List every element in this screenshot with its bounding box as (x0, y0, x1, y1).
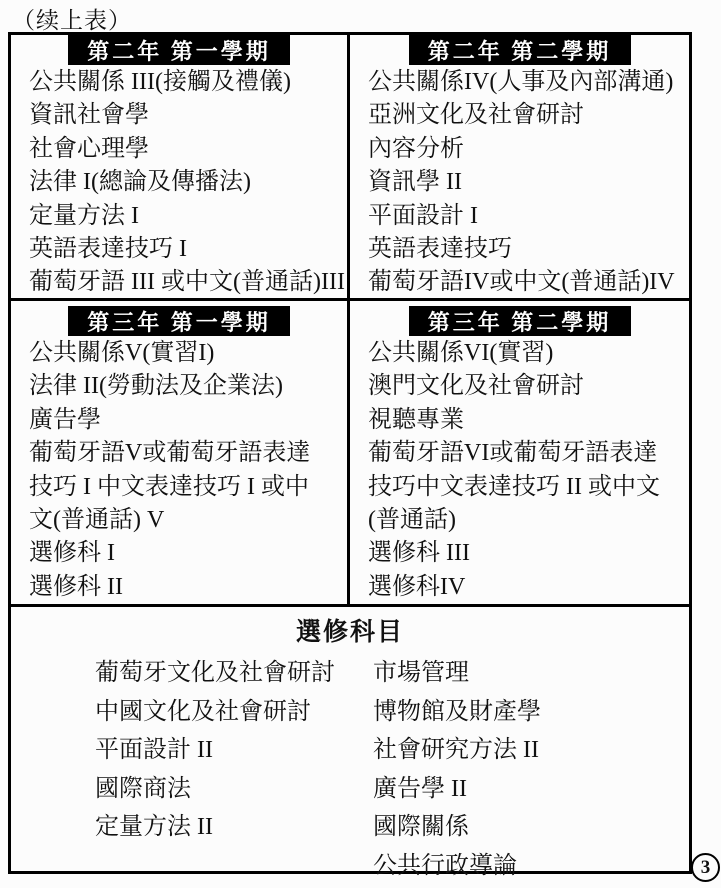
semester-cell-year2-sem2: 第二年 第二學期 公共關係IV(人事及內部溝通)亞洲文化及社會研討內容分析資訊學… (350, 35, 689, 298)
course-list-year2-sem1: 公共關係 III(接觸及禮儀)資訊社會學社會心理學法律 I(總論及傳播法)定量方… (11, 65, 347, 298)
course-line: 選修科 I (29, 537, 347, 570)
electives-section: 選修科目 葡萄牙文化及社會研討中國文化及社會研討平面設計 II國際商法定量方法 … (11, 607, 689, 885)
course-line: 技巧 I 中文表達技巧 I 或中 (29, 471, 347, 504)
elective-item: 中國文化及社會研討 (95, 693, 373, 732)
course-line: 公共關係 III(接觸及禮儀) (29, 66, 347, 99)
course-list-year2-sem2: 公共關係IV(人事及內部溝通)亞洲文化及社會研討內容分析資訊學 II平面設計 I… (350, 65, 689, 298)
course-line: (普通話) (368, 504, 689, 537)
course-line: 葡萄牙語 III 或中文(普通話)III (29, 266, 347, 298)
semester-header-year2-sem2: 第二年 第二學期 (409, 35, 631, 65)
course-line: 法律 II(勞動法及企業法) (29, 370, 347, 403)
elective-item: 國際關係 (373, 808, 541, 847)
scanned-document-page: （续上表） 第二年 第一學期 公共關係 III(接觸及禮儀)資訊社會學社會心理學… (0, 0, 721, 888)
elective-item: 市場管理 (373, 654, 541, 693)
course-line: 定量方法 I (29, 200, 347, 233)
elective-item: 葡萄牙文化及社會研討 (95, 654, 373, 693)
electives-column-right: 市場管理博物館及財產學社會研究方法 II廣告學 II國際關係公共行政導論 (373, 654, 541, 885)
semester-header-year3-sem1: 第三年 第一學期 (68, 306, 290, 336)
year2-row: 第二年 第一學期 公共關係 III(接觸及禮儀)資訊社會學社會心理學法律 I(總… (11, 35, 689, 301)
elective-item: 廣告學 II (373, 770, 541, 809)
course-line: 廣告學 (29, 404, 347, 437)
course-line: 澳門文化及社會研討 (368, 370, 689, 403)
electives-column-left: 葡萄牙文化及社會研討中國文化及社會研討平面設計 II國際商法定量方法 II (95, 654, 373, 885)
semester-cell-year3-sem2: 第三年 第二學期 公共關係VI(實習)澳門文化及社會研討視聽專業葡萄牙語VI或葡… (350, 301, 689, 604)
course-line: 葡萄牙語IV或中文(普通話)IV (368, 266, 689, 298)
course-line: 葡萄牙語V或葡萄牙語表達 (29, 437, 347, 470)
page-number-badge: 3 (691, 853, 720, 882)
year3-row: 第三年 第一學期 公共關係V(實習I)法律 II(勞動法及企業法)廣告學葡萄牙語… (11, 301, 689, 607)
semester-cell-year2-sem1: 第二年 第一學期 公共關係 III(接觸及禮儀)資訊社會學社會心理學法律 I(總… (11, 35, 350, 298)
course-line: 英語表達技巧 (368, 233, 689, 266)
course-line: 文(普通話) V (29, 504, 347, 537)
elective-item: 博物館及財產學 (373, 693, 541, 732)
course-line: 選修科IV (368, 571, 689, 604)
semester-header-year3-sem2: 第三年 第二學期 (409, 306, 631, 336)
elective-item: 國際商法 (95, 770, 373, 809)
semester-header-year2-sem1: 第二年 第一學期 (68, 35, 290, 65)
elective-item: 公共行政導論 (373, 847, 541, 886)
course-line: 平面設計 I (368, 200, 689, 233)
course-line: 資訊學 II (368, 166, 689, 199)
elective-item: 社會研究方法 II (373, 731, 541, 770)
course-line: 英語表達技巧 I (29, 233, 347, 266)
elective-item: 定量方法 II (95, 808, 373, 847)
course-list-year3-sem1: 公共關係V(實習I)法律 II(勞動法及企業法)廣告學葡萄牙語V或葡萄牙語表達技… (11, 336, 347, 604)
continuation-note: （续上表） (12, 2, 132, 35)
course-line: 公共關係VI(實習) (368, 337, 689, 370)
curriculum-table: 第二年 第一學期 公共關係 III(接觸及禮儀)資訊社會學社會心理學法律 I(總… (8, 32, 692, 874)
course-line: 葡萄牙語VI或葡萄牙語表達 (368, 437, 689, 470)
electives-columns: 葡萄牙文化及社會研討中國文化及社會研討平面設計 II國際商法定量方法 II 市場… (11, 654, 689, 885)
electives-title: 選修科目 (11, 612, 689, 648)
course-list-year3-sem2: 公共關係VI(實習)澳門文化及社會研討視聽專業葡萄牙語VI或葡萄牙語表達技巧中文… (350, 336, 689, 604)
course-line: 內容分析 (368, 133, 689, 166)
course-line: 法律 I(總論及傳播法) (29, 166, 347, 199)
semester-cell-year3-sem1: 第三年 第一學期 公共關係V(實習I)法律 II(勞動法及企業法)廣告學葡萄牙語… (11, 301, 350, 604)
course-line: 公共關係V(實習I) (29, 337, 347, 370)
course-line: 資訊社會學 (29, 99, 347, 132)
course-line: 技巧中文表達技巧 II 或中文 (368, 471, 689, 504)
course-line: 選修科 III (368, 537, 689, 570)
course-line: 公共關係IV(人事及內部溝通) (368, 66, 689, 99)
course-line: 社會心理學 (29, 133, 347, 166)
course-line: 亞洲文化及社會研討 (368, 99, 689, 132)
course-line: 視聽專業 (368, 404, 689, 437)
elective-item: 平面設計 II (95, 731, 373, 770)
course-line: 選修科 II (29, 571, 347, 604)
